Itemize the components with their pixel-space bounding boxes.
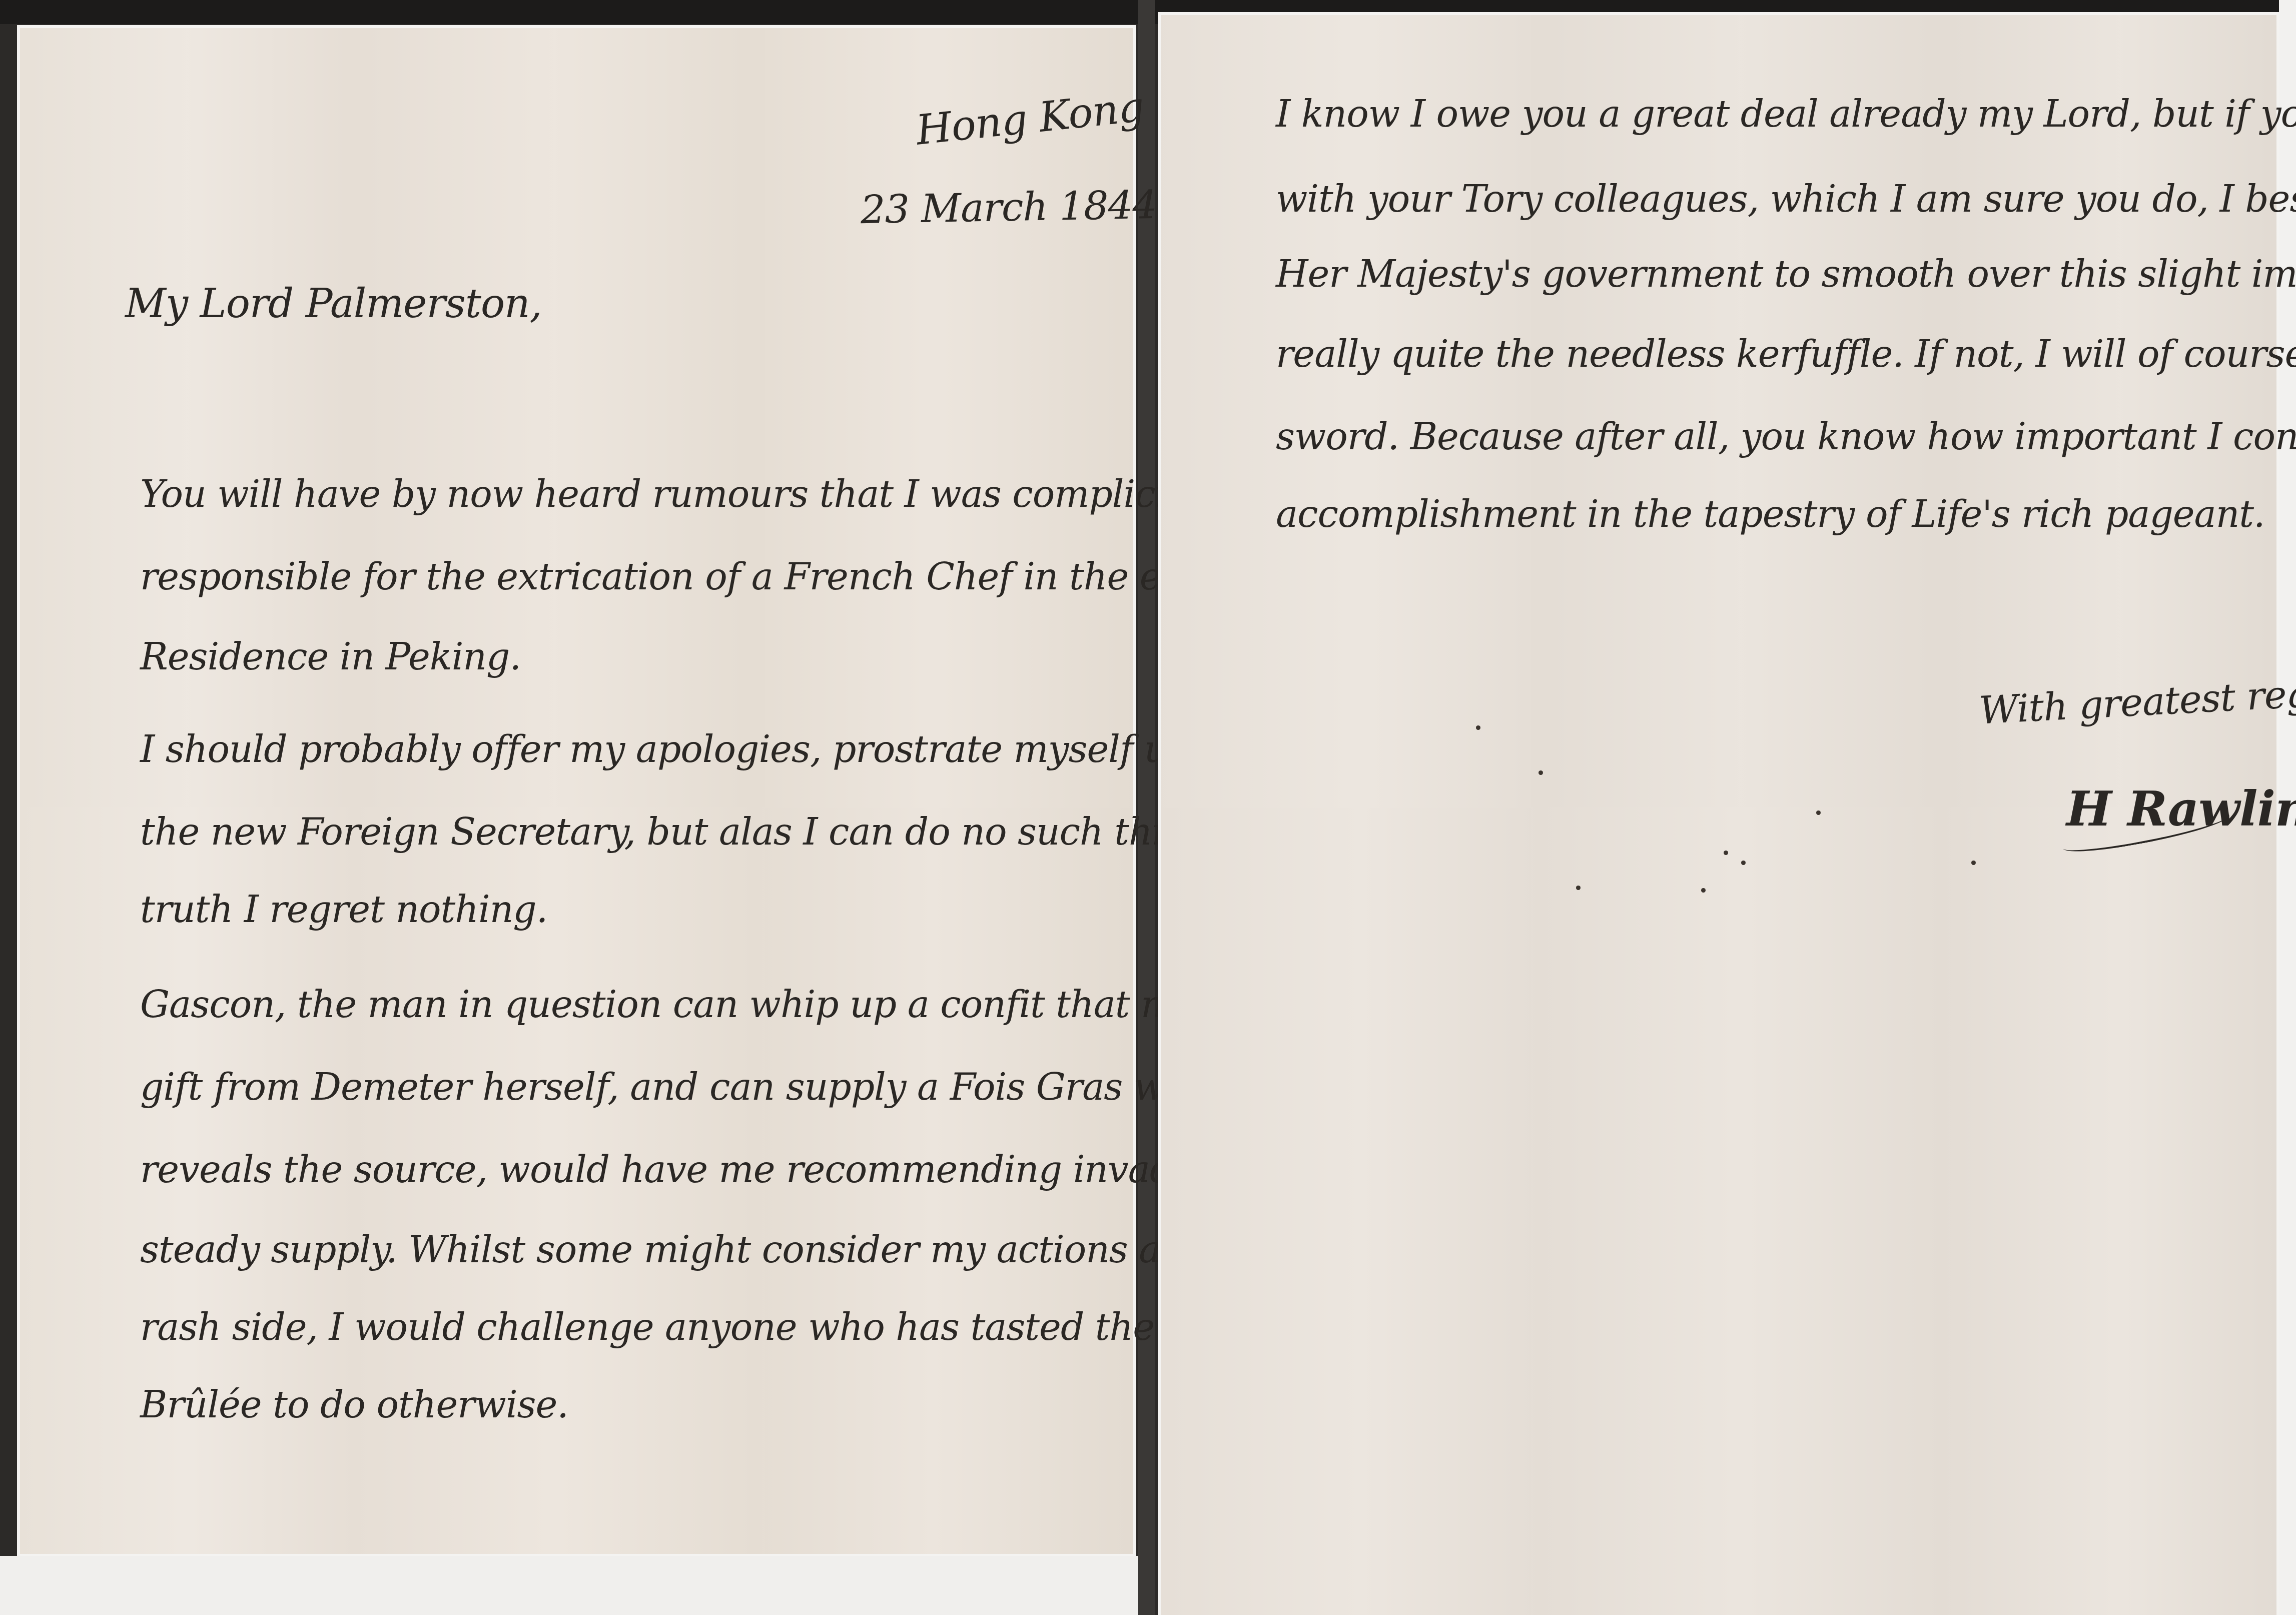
letter-line: Her Majesty's government to smooth over … xyxy=(1276,253,2296,296)
letter-date: 23 March 1844 xyxy=(860,183,1157,233)
ink-speck xyxy=(1741,861,1746,865)
ink-speck xyxy=(1971,861,1976,865)
ink-speck xyxy=(1476,725,1480,730)
page-gutter xyxy=(1138,0,1155,1615)
ink-speck xyxy=(1816,811,1821,815)
letter-line: really quite the needless kerfuffle. If … xyxy=(1276,333,2296,376)
letter-line: truth I regret nothing. xyxy=(140,888,547,931)
ink-speck xyxy=(1539,770,1543,775)
letter-line: sword. Because after all, you know how i… xyxy=(1276,415,2296,458)
letter-line: accomplishment in the tapestry of Life's… xyxy=(1276,493,2265,536)
letter-line: Brûlée to do otherwise. xyxy=(140,1383,568,1426)
letter-salutation: My Lord Palmerston, xyxy=(125,280,542,327)
ink-speck xyxy=(1724,851,1728,855)
letter-line: with your Tory colleagues, which I am su… xyxy=(1276,178,2296,221)
ink-speck xyxy=(1576,886,1581,890)
scanner-margin-bottom xyxy=(0,1556,1138,1615)
letter-line: I know I owe you a great deal already my… xyxy=(1276,93,2296,136)
ink-speck xyxy=(1701,888,1706,893)
letter-line: Residence in Peking. xyxy=(140,635,521,678)
